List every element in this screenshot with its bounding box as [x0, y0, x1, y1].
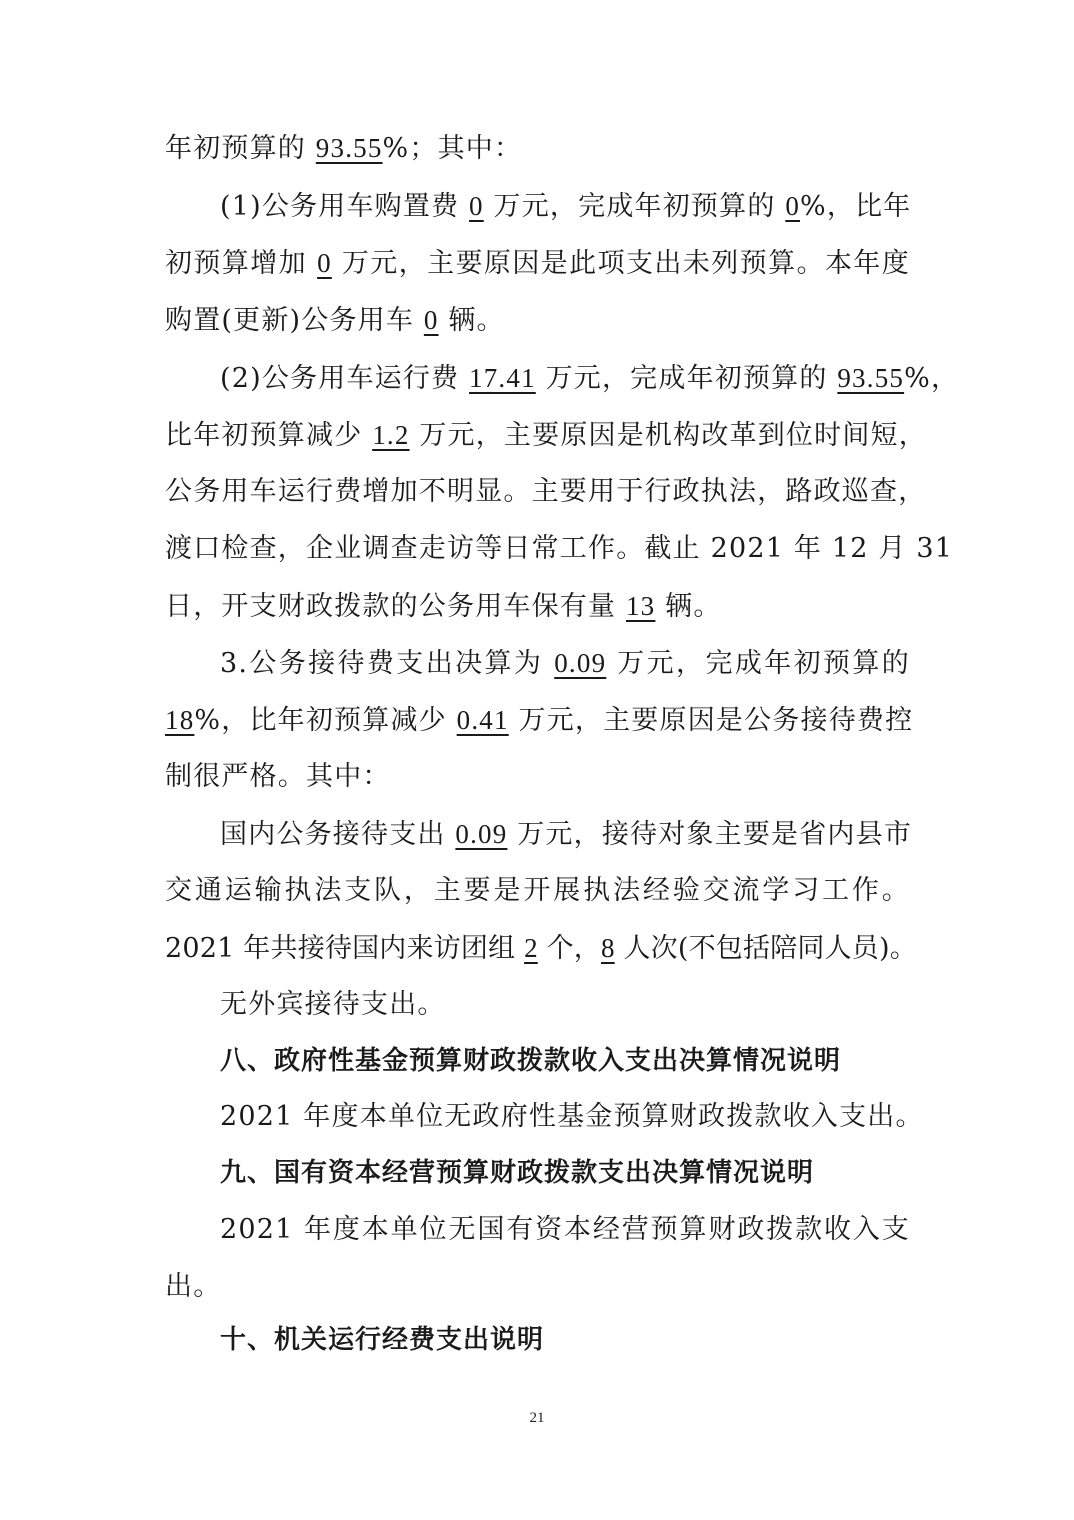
- underlined-value: 0.09: [554, 648, 606, 678]
- paragraph-line: 无外宾接待支出。: [220, 985, 910, 1025]
- text: %，比年初预算减少: [194, 705, 456, 736]
- text: 万元，主要原因是此项支出未列预算。本年度: [332, 248, 910, 279]
- text: 辆。: [655, 591, 721, 622]
- underlined-value: 17.41: [469, 363, 536, 393]
- paragraph-line: 年初预算的 93.55%；其中：: [165, 128, 910, 168]
- paragraph-line: 购置(更新)公务用车 0 辆。: [165, 300, 910, 340]
- heading-text: 九、国有资本经营预算财政拨款支出决算情况说明: [220, 1158, 814, 1188]
- text: 人次(不包括陪同人员)。: [615, 933, 917, 964]
- text: 出。: [165, 1271, 221, 1302]
- text: 2021 年共接待国内来访团组: [165, 933, 524, 964]
- paragraph-line: 2021 年共接待国内来访团组 2 个，8 人次(不包括陪同人员)。: [165, 928, 910, 968]
- text: 万元，接待对象主要是省内县市: [507, 819, 912, 850]
- paragraph-line: 公务用车运行费增加不明显。主要用于行政执法，路政巡查，: [165, 472, 910, 512]
- section-heading-8: 八、政府性基金预算财政拨款收入支出决算情况说明: [220, 1041, 910, 1081]
- section-heading-10: 十、机关运行经费支出说明: [220, 1320, 910, 1360]
- text: 公务用车运行费增加不明显。主要用于行政执法，路政巡查，: [165, 476, 926, 507]
- paragraph-line: 国内公务接待支出 0.09 万元，接待对象主要是省内县市: [220, 814, 910, 854]
- document-page: 年初预算的 93.55%；其中： (1)公务用车购置费 0 万元，完成年初预算的…: [0, 0, 1074, 1520]
- text: 无外宾接待支出。: [220, 989, 446, 1020]
- text: 万元，主要原因是机构改革到位时间短，: [410, 420, 927, 451]
- text: (2)公务用车运行费: [220, 363, 469, 394]
- text: 个，: [538, 933, 601, 964]
- text: 年初预算的: [165, 133, 316, 164]
- text: 日，开支财政拨款的公务用车保有量: [165, 591, 626, 622]
- underlined-value: 0.41: [457, 705, 509, 735]
- text: %，比年: [800, 191, 911, 222]
- paragraph-line: 比年初预算减少 1.2 万元，主要原因是机构改革到位时间短，: [165, 415, 910, 455]
- page-number: 21: [0, 1410, 1074, 1427]
- text: %，: [904, 363, 959, 394]
- text: 3.公务接待费支出决算为: [220, 648, 554, 679]
- underlined-value: 0.09: [455, 819, 507, 849]
- underlined-value: 0: [785, 191, 800, 221]
- underlined-value: 0: [424, 305, 439, 335]
- heading-text: 八、政府性基金预算财政拨款收入支出决算情况说明: [220, 1046, 841, 1076]
- text: 制很严格。其中：: [165, 761, 391, 792]
- text: 初预算增加: [165, 248, 317, 279]
- text: 万元，完成年初预算的: [536, 363, 838, 394]
- underlined-value: 13: [626, 591, 655, 621]
- text: 交通运输执法支队，主要是开展执法经验交流学习工作。: [165, 875, 910, 906]
- text: 万元，主要原因是公务接待费控: [509, 705, 914, 736]
- paragraph-line: 18%，比年初预算减少 0.41 万元，主要原因是公务接待费控: [165, 700, 910, 740]
- text: 比年初预算减少: [165, 420, 372, 451]
- paragraph-line: (1)公务用车购置费 0 万元，完成年初预算的 0%，比年: [220, 186, 910, 226]
- text: 国内公务接待支出: [220, 819, 455, 850]
- text: 2021 年度本单位无政府性基金预算财政拨款收入支出。: [220, 1101, 924, 1132]
- text: (1)公务用车购置费: [220, 191, 469, 222]
- underlined-value: 2: [524, 933, 538, 963]
- paragraph-line: 2021 年度本单位无政府性基金预算财政拨款收入支出。: [220, 1097, 910, 1137]
- text: 万元，完成年初预算的: [484, 191, 786, 222]
- heading-text: 十、机关运行经费支出说明: [220, 1325, 544, 1355]
- underlined-value: 93.55: [316, 133, 383, 163]
- paragraph-line: (2)公务用车运行费 17.41 万元，完成年初预算的 93.55%，: [220, 358, 910, 398]
- underlined-value: 18: [165, 705, 194, 735]
- text: 渡口检查，企业调查走访等日常工作。截止 2021 年 12 月 31: [165, 533, 953, 564]
- paragraph-line: 渡口检查，企业调查走访等日常工作。截止 2021 年 12 月 31: [165, 529, 910, 569]
- text: 万元，完成年初预算的: [606, 648, 910, 679]
- text: %；其中：: [383, 133, 523, 164]
- underlined-value: 0: [317, 248, 332, 278]
- paragraph-line: 3.公务接待费支出决算为 0.09 万元，完成年初预算的: [220, 643, 910, 683]
- paragraph-line: 初预算增加 0 万元，主要原因是此项支出未列预算。本年度: [165, 243, 910, 283]
- paragraph-line: 出。: [165, 1267, 910, 1307]
- section-heading-9: 九、国有资本经营预算财政拨款支出决算情况说明: [220, 1153, 910, 1193]
- underlined-value: 8: [601, 933, 615, 963]
- text: 辆。: [439, 305, 505, 336]
- text: 2021 年度本单位无国有资本经营预算财政拨款收入支: [220, 1214, 910, 1245]
- paragraph-line: 2021 年度本单位无国有资本经营预算财政拨款收入支: [220, 1210, 910, 1250]
- paragraph-line: 交通运输执法支队，主要是开展执法经验交流学习工作。: [165, 871, 910, 911]
- underlined-value: 1.2: [372, 420, 409, 450]
- text: 购置(更新)公务用车: [165, 305, 424, 336]
- paragraph-line: 制很严格。其中：: [165, 757, 910, 797]
- underlined-value: 0: [469, 191, 484, 221]
- paragraph-line: 日，开支财政拨款的公务用车保有量 13 辆。: [165, 586, 910, 626]
- underlined-value: 93.55: [837, 363, 904, 393]
